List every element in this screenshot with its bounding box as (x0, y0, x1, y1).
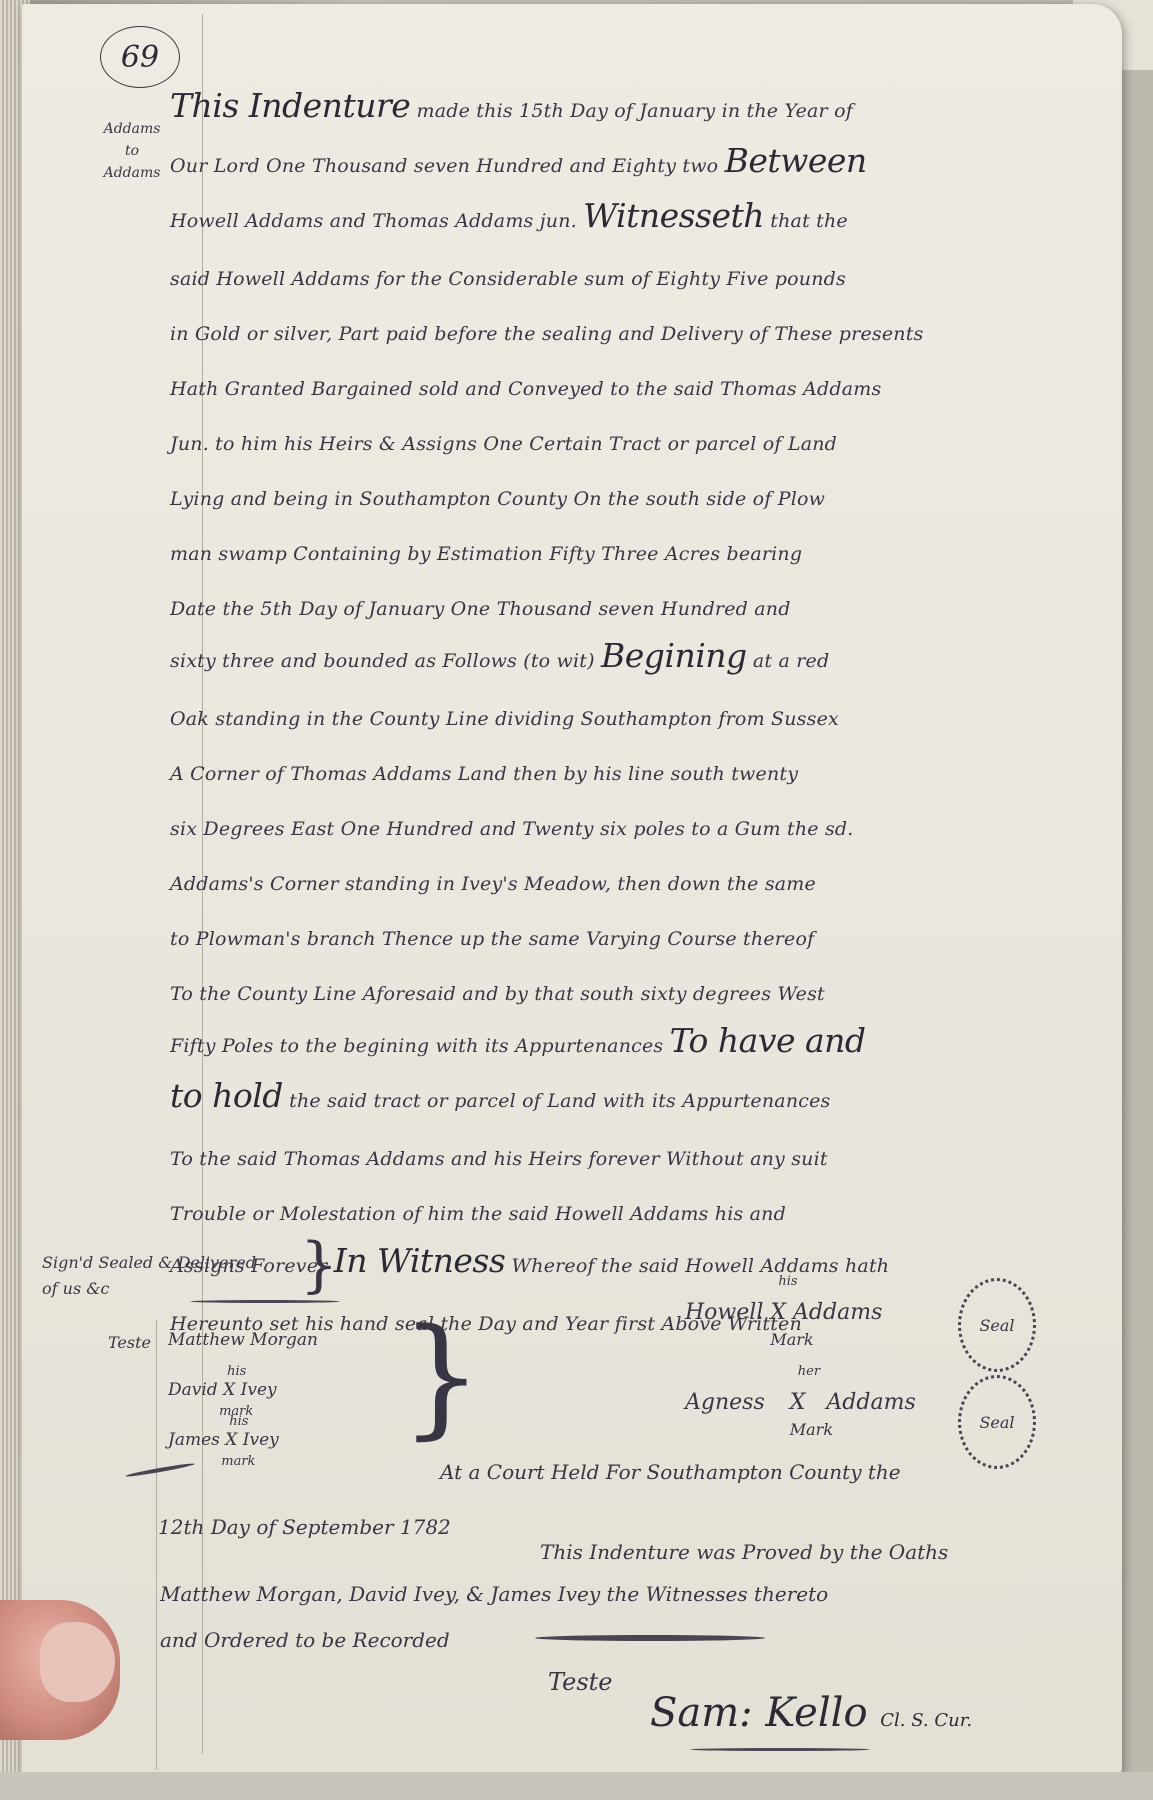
witness-first: James (168, 1430, 220, 1450)
display-phrase: Between (725, 141, 867, 180)
mark-symbol: X (223, 1380, 235, 1400)
text-line-content: Addams's Corner standing in Ivey's Meado… (170, 873, 816, 895)
mark-above: his (778, 1274, 797, 1289)
text-line: in Gold or silver, Part paid before the … (170, 300, 1070, 355)
mark-below: Mark (770, 1330, 813, 1349)
text-run: said Howell Addams for the Considerable … (170, 268, 846, 290)
court-line-5: and Ordered to be Recorded (160, 1628, 450, 1652)
text-run: Whereof the said Howell Addams hath (505, 1255, 889, 1277)
page-number: 69 (100, 26, 180, 88)
mark-x-icon: her X Mark (790, 1390, 813, 1415)
text-line: To the County Line Aforesaid and by that… (170, 960, 1070, 1015)
text-line: A Corner of Thomas Addams Land then by h… (170, 740, 1070, 795)
text-line-content: to hold the said tract or parcel of Land… (170, 1076, 831, 1115)
text-line: sixty three and bounded as Follows (to w… (170, 630, 1070, 685)
clerk-title: Cl. S. Cur. (880, 1710, 972, 1731)
margin-note-line: Addams (82, 162, 182, 184)
text-line: to Plowman's branch Thence up the same V… (170, 905, 1070, 960)
text-line: Date the 5th Day of January One Thousand… (170, 575, 1070, 630)
text-line-content: Oak standing in the County Line dividing… (170, 708, 839, 730)
court-line-4: Matthew Morgan, David Ivey, & James Ivey… (160, 1582, 828, 1606)
text-line-content: To the County Line Aforesaid and by that… (170, 983, 825, 1005)
brace-icon: } (300, 1230, 338, 1300)
text-run: at a red (747, 650, 830, 672)
text-run: the said tract or parcel of Land with it… (283, 1090, 831, 1112)
text-run: Jun. to him his Heirs & Assigns One Cert… (170, 433, 837, 455)
seal-icon: Seal (958, 1375, 1036, 1469)
clerk-signature: Sam: Kello Cl. S. Cur. (650, 1690, 972, 1736)
signed-line: of us &c (42, 1276, 256, 1302)
clerk-name: Sam: Kello (650, 1690, 868, 1736)
display-phrase: Witnesseth (583, 196, 764, 235)
text-line-content: six Degrees East One Hundred and Twenty … (170, 818, 854, 840)
text-line-content: Fifty Poles to the begining with its App… (170, 1021, 866, 1060)
signer-last: Addams (826, 1390, 915, 1415)
mark-symbol: X (225, 1430, 237, 1450)
text-line-content: sixty three and bounded as Follows (to w… (170, 636, 829, 675)
margin-rule-lower (156, 1320, 157, 1770)
text-line: Fifty Poles to the begining with its App… (170, 1015, 1070, 1070)
text-line-content: said Howell Addams for the Considerable … (170, 268, 846, 290)
flourish-stroke (535, 1635, 765, 1641)
text-run: Oak standing in the County Line dividing… (170, 708, 839, 730)
text-line: Trouble or Molestation of him the said H… (170, 1180, 1070, 1235)
display-phrase: To have and (670, 1021, 866, 1060)
text-line: to hold the said tract or parcel of Land… (170, 1070, 1070, 1125)
text-run: To the said Thomas Addams and his Heirs … (170, 1148, 828, 1170)
text-run: to Plowman's branch Thence up the same V… (170, 928, 814, 950)
text-line-content: To the said Thomas Addams and his Heirs … (170, 1148, 828, 1170)
signer-first: Howell (685, 1300, 763, 1325)
text-run: Lying and being in Southampton County On… (170, 488, 825, 510)
text-line-content: Jun. to him his Heirs & Assigns One Cert… (170, 433, 837, 455)
mark-below: Mark (790, 1420, 833, 1439)
text-line: man swamp Containing by Estimation Fifty… (170, 520, 1070, 575)
witness-james-ivey: James his X mark Ivey (168, 1430, 318, 1480)
flourish-stroke (190, 1300, 340, 1303)
signer-last: Addams (793, 1300, 882, 1325)
witness-name: Matthew Morgan (168, 1330, 318, 1350)
margin-note: Addams to Addams (82, 118, 182, 184)
teste-label: Teste (108, 1333, 151, 1352)
text-line: six Degrees East One Hundred and Twenty … (170, 795, 1070, 850)
signature-underline (690, 1748, 870, 1751)
witness-list: Matthew Morgan David his X mark Ivey Jam… (168, 1330, 318, 1480)
display-phrase: to hold (170, 1076, 283, 1115)
text-line-content: A Corner of Thomas Addams Land then by h… (170, 763, 798, 785)
text-run: six Degrees East One Hundred and Twenty … (170, 818, 854, 840)
text-run: sixty three and bounded as Follows (to w… (170, 650, 601, 672)
text-run: Hath Granted Bargained sold and Conveyed… (170, 378, 881, 400)
mark-above: his (227, 1364, 246, 1379)
text-line: To the said Thomas Addams and his Heirs … (170, 1125, 1070, 1180)
text-line-content: Date the 5th Day of January One Thousand… (170, 598, 791, 620)
text-line-content: to Plowman's branch Thence up the same V… (170, 928, 814, 950)
brace-icon: } (400, 1300, 483, 1452)
text-line: Oak standing in the County Line dividing… (170, 685, 1070, 740)
text-line-content: Lying and being in Southampton County On… (170, 488, 825, 510)
court-teste: Teste (548, 1668, 613, 1696)
text-run: made this 15th Day of January in the Yea… (410, 100, 853, 122)
mark-x-icon: his X mark (223, 1380, 241, 1400)
text-line-content: Trouble or Molestation of him the said H… (170, 1203, 786, 1225)
display-phrase: Begining (601, 636, 747, 675)
text-run: Trouble or Molestation of him the said H… (170, 1203, 786, 1225)
text-line-content: Howell Addams and Thomas Addams jun. Wit… (170, 196, 848, 235)
signed-line: Sign'd Sealed & Delivered (42, 1250, 256, 1276)
witness-first: David (168, 1380, 218, 1400)
signer-howell-addams: Howell his X Mark Addams (685, 1300, 882, 1325)
witness-last: Ivey (241, 1380, 277, 1400)
text-line: Our Lord One Thousand seven Hundred and … (170, 135, 1070, 190)
text-run: Fifty Poles to the begining with its App… (170, 1035, 670, 1057)
court-line-3: This Indenture was Proved by the Oaths (540, 1540, 948, 1564)
text-run: in Gold or silver, Part paid before the … (170, 323, 924, 345)
text-line-content: This Indenture made this 15th Day of Jan… (170, 86, 853, 125)
text-line: Lying and being in Southampton County On… (170, 465, 1070, 520)
display-phrase: In Witness (334, 1241, 506, 1280)
text-run: A Corner of Thomas Addams Land then by h… (170, 763, 798, 785)
witness-last: Ivey (243, 1430, 279, 1450)
text-line-content: in Gold or silver, Part paid before the … (170, 323, 924, 345)
text-run: Our Lord One Thousand seven Hundred and … (170, 155, 725, 177)
text-line: Addams's Corner standing in Ivey's Meado… (170, 850, 1070, 905)
text-line: said Howell Addams for the Considerable … (170, 245, 1070, 300)
text-line: Hath Granted Bargained sold and Conveyed… (170, 355, 1070, 410)
text-run: that the (764, 210, 848, 232)
mark-below: mark (221, 1454, 255, 1469)
display-phrase: This Indenture (170, 86, 410, 125)
indenture-body: This Indenture made this 15th Day of Jan… (170, 80, 1070, 1345)
mark-above: his (229, 1414, 248, 1429)
text-line-content: man swamp Containing by Estimation Fifty… (170, 543, 802, 565)
signer-agness-addams: Agness her X Mark Addams (685, 1390, 916, 1415)
mark-x-icon: his X mark (225, 1430, 243, 1450)
text-run: Date the 5th Day of January One Thousand… (170, 598, 791, 620)
text-run: man swamp Containing by Estimation Fifty… (170, 543, 802, 565)
mark-x-icon: his X Mark (770, 1300, 793, 1325)
text-run: Howell Addams and Thomas Addams jun. (170, 210, 583, 232)
seal-icon: Seal (958, 1278, 1036, 1372)
text-run: Addams's Corner standing in Ivey's Meado… (170, 873, 816, 895)
text-line: This Indenture made this 15th Day of Jan… (170, 80, 1070, 135)
text-line-content: Hath Granted Bargained sold and Conveyed… (170, 378, 881, 400)
thumb-nail (40, 1622, 115, 1702)
margin-note-line: Addams (82, 118, 182, 140)
court-line-1: At a Court Held For Southampton County t… (440, 1460, 901, 1484)
signed-sealed-delivered: Sign'd Sealed & Delivered of us &c (42, 1250, 256, 1302)
text-line: Jun. to him his Heirs & Assigns One Cert… (170, 410, 1070, 465)
margin-note-line: to (82, 140, 182, 162)
court-line-2: 12th Day of September 1782 (158, 1515, 451, 1539)
mark-symbol: X (790, 1390, 806, 1415)
text-line-content: Our Lord One Thousand seven Hundred and … (170, 141, 867, 180)
table-surface (0, 1772, 1153, 1800)
mark-above: her (798, 1364, 820, 1379)
text-line: Howell Addams and Thomas Addams jun. Wit… (170, 190, 1070, 245)
signer-first: Agness (685, 1390, 765, 1415)
text-run: To the County Line Aforesaid and by that… (170, 983, 825, 1005)
mark-symbol: X (770, 1300, 786, 1325)
